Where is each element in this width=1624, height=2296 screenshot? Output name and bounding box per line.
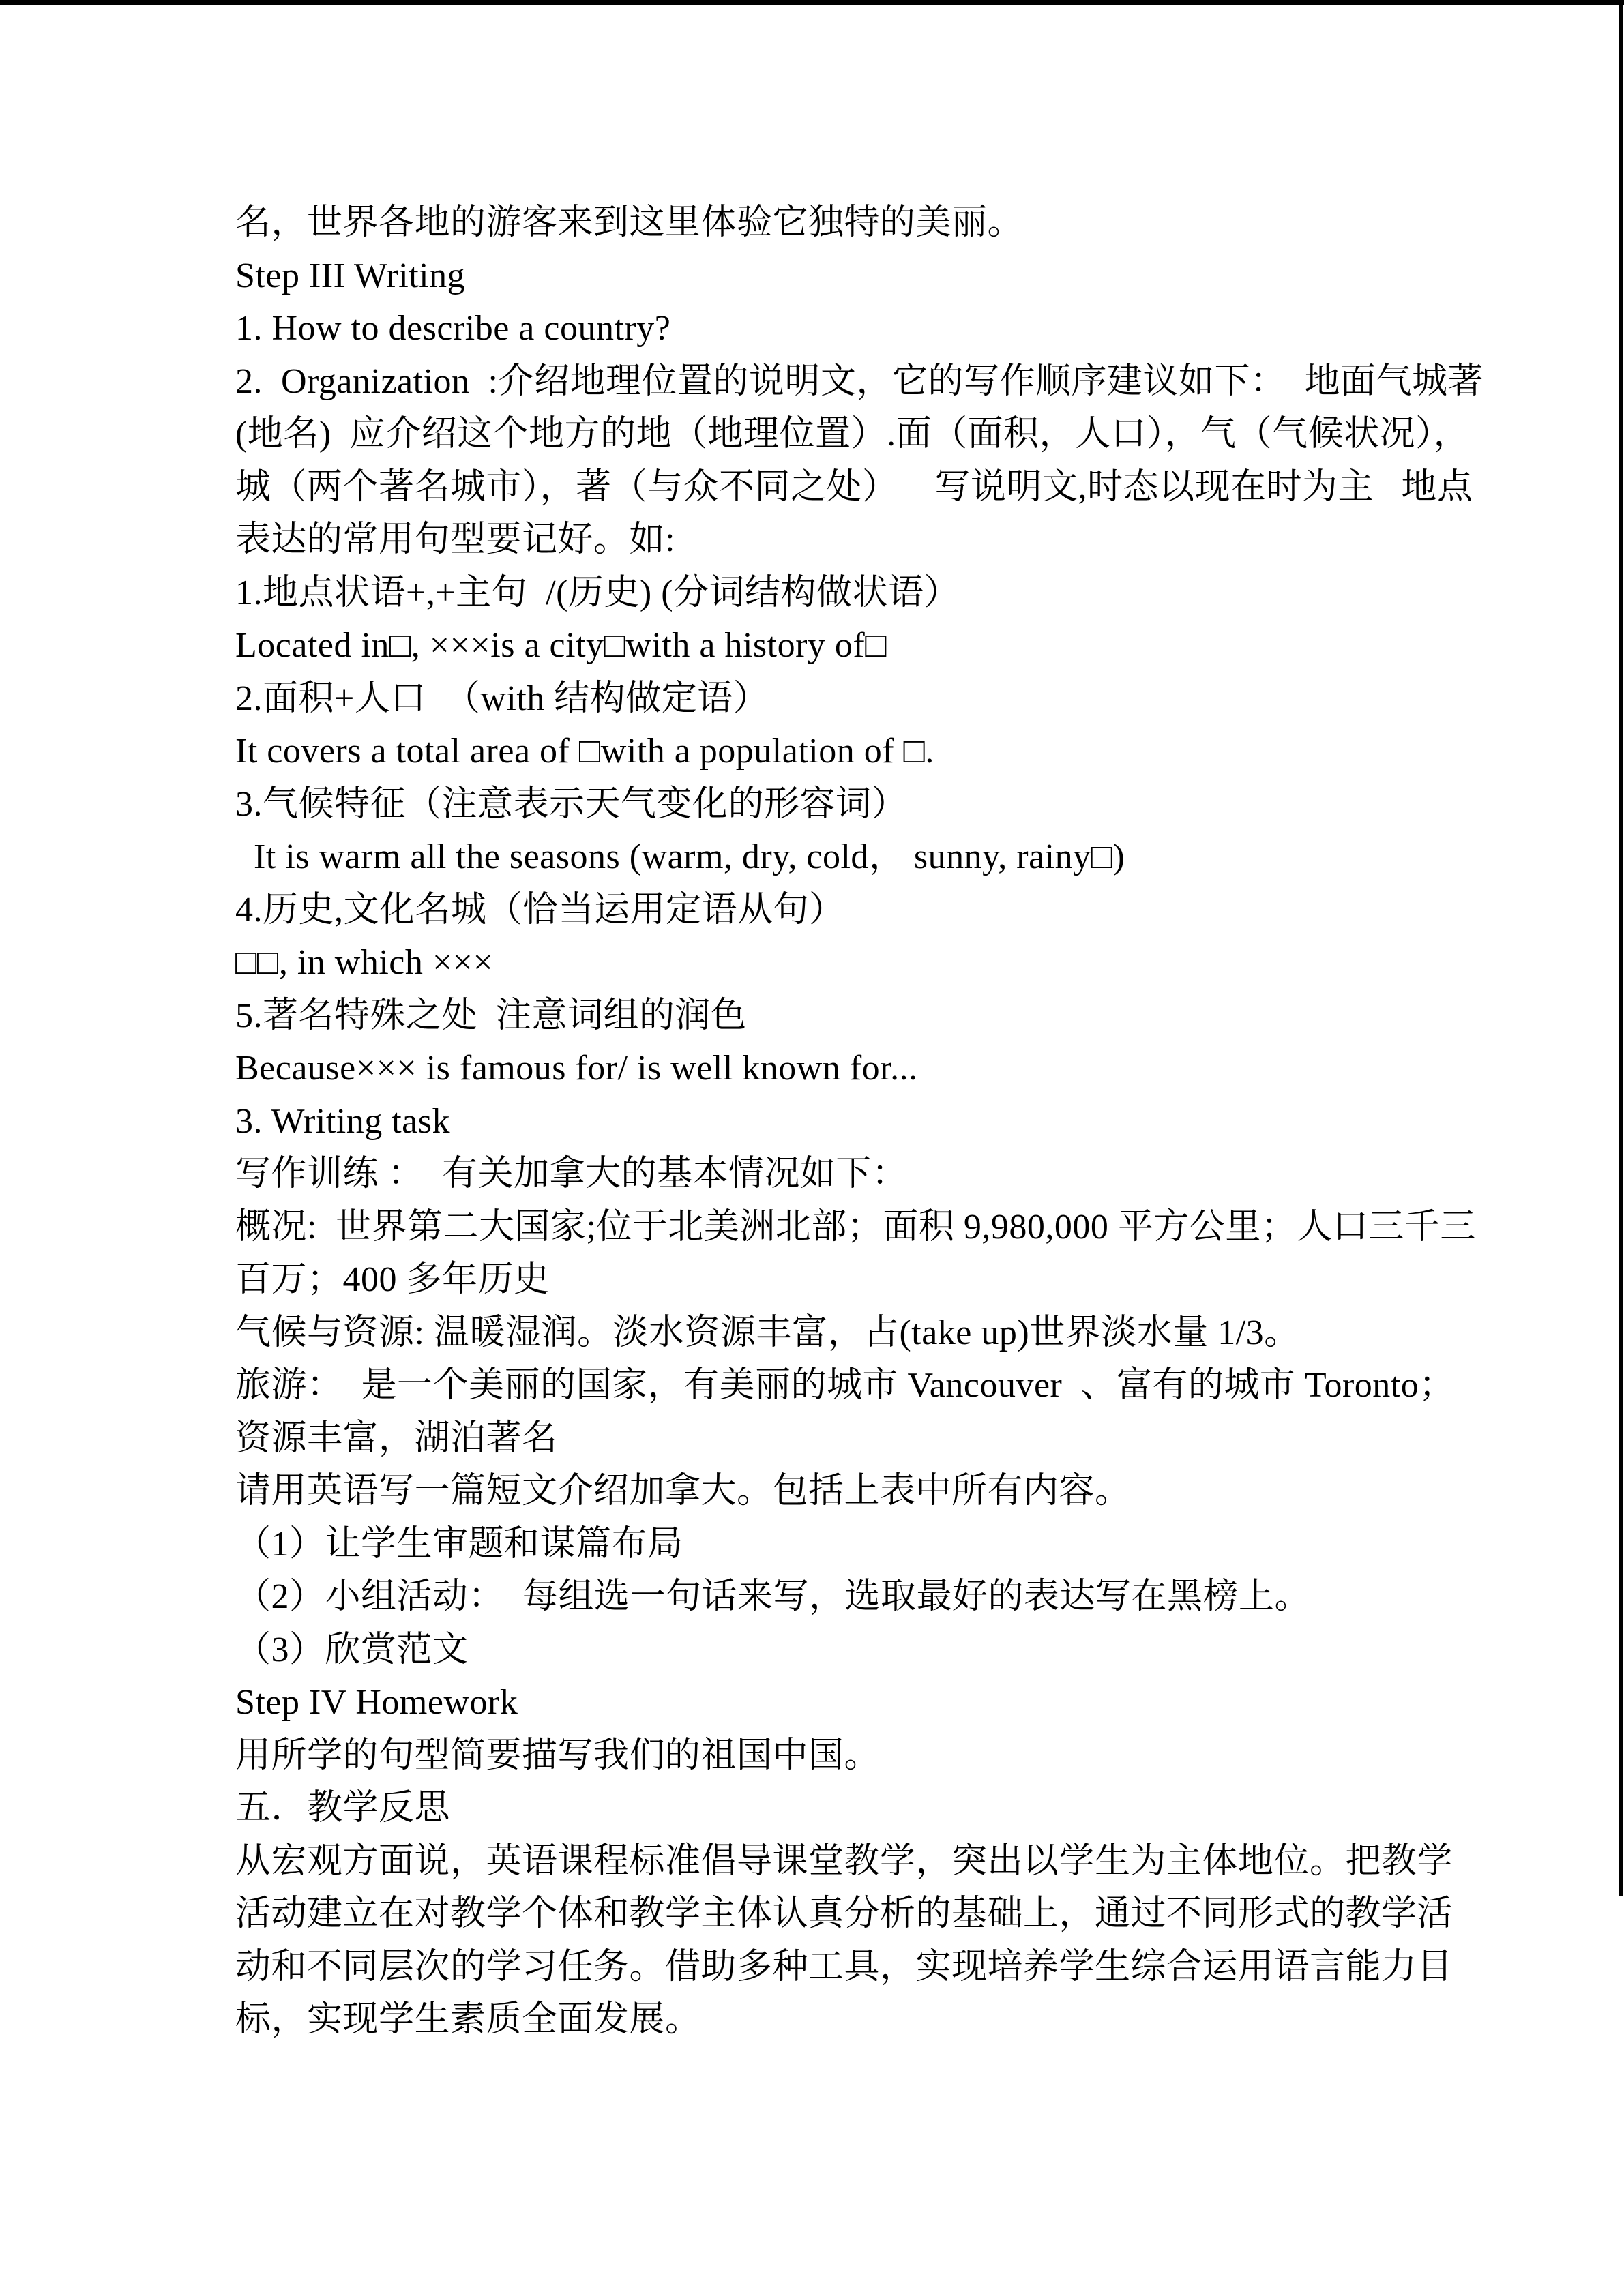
text-line: 1. How to describe a country? <box>235 302 1545 355</box>
text-line: □□, in which ××× <box>235 936 1545 989</box>
text-line: 写作训练 ： 有关加拿大的基本情况如下： <box>235 1148 1545 1201</box>
scan-top-border <box>0 0 1624 5</box>
text-line: Because××× is famous for/ is well known … <box>235 1042 1545 1095</box>
text-line: 名，世界各地的游客来到这里体验它独特的美丽。 <box>235 196 1545 250</box>
text-line: （2）小组活动： 每组选一句话来写，选取最好的表达写在黑榜上。 <box>235 1570 1545 1624</box>
text-line: 5.著名特殊之处 注意词组的润色 <box>235 989 1545 1043</box>
text-line: （3）欣赏范文 <box>235 1624 1545 1677</box>
text-line: 活动建立在对教学个体和教学主体认真分析的基础上，通过不同形式的教学活 <box>235 1888 1545 1941</box>
text-line: 动和不同层次的学习任务。借助多种工具，实现培养学生综合运用语言能力目 <box>235 1941 1545 1994</box>
text-line: 用所学的句型简要描写我们的祖国中国。 <box>235 1729 1545 1783</box>
text-line: 请用英语写一篇短文介绍加拿大。包括上表中所有内容。 <box>235 1465 1545 1518</box>
scan-right-border <box>1619 0 1623 1896</box>
text-line: 3. Writing task <box>235 1095 1545 1148</box>
text-line: （1）让学生审题和谋篇布局 <box>235 1518 1545 1571</box>
text-line: 概况: 世界第二大国家;位于北美洲北部；面积 9,980,000 平方公里；人口… <box>235 1201 1545 1254</box>
text-line: 五．教学反思 <box>235 1782 1545 1835</box>
text-line: Step III Writing <box>235 250 1545 303</box>
text-line: 百万；400 多年历史 <box>235 1253 1545 1307</box>
document-page: 名，世界各地的游客来到这里体验它独特的美丽。Step III Writing1.… <box>0 0 1624 2296</box>
text-line: 城（两个著名城市），著（与众不同之处） 写说明文,时态以现在时为主 地点 <box>235 461 1545 514</box>
text-line: 气候与资源: 温暖湿润。淡水资源丰富，占(take up)世界淡水量 1/3。 <box>235 1307 1545 1360</box>
text-line: 旅游： 是一个美丽的国家，有美丽的城市 Vancouver 、富有的城市 Tor… <box>235 1359 1545 1412</box>
text-line: 4.历史,文化名城（恰当运用定语从句） <box>235 884 1545 937</box>
text-line: 2.面积+人口 （with 结构做定语） <box>235 672 1545 726</box>
text-line: 标，实现学生素质全面发展。 <box>235 1993 1545 2046</box>
text-line: Located in□, ×××is a city□with a history… <box>235 619 1545 672</box>
text-line: 2. Organization :介绍地理位置的说明文，它的写作顺序建议如下： … <box>235 355 1545 408</box>
text-line: Step IV Homework <box>235 1676 1545 1729</box>
text-line: 表达的常用句型要记好。如: <box>235 513 1545 567</box>
text-line: 1.地点状语+,+主句 /(历史) (分词结构做状语） <box>235 567 1545 620</box>
text-line: It covers a total area of □with a popula… <box>235 725 1545 778</box>
text-line: 从宏观方面说，英语课程标准倡导课堂教学，突出以学生为主体地位。把教学 <box>235 1835 1545 1888</box>
text-line: (地名) 应介绍这个地方的地（地理位置）.面（面积，人口），气（气候状况）， <box>235 408 1545 461</box>
text-line: It is warm all the seasons (warm, dry, c… <box>235 831 1545 884</box>
document-text: 名，世界各地的游客来到这里体验它独特的美丽。Step III Writing1.… <box>235 196 1545 2046</box>
text-line: 3.气候特征（注意表示天气变化的形容词） <box>235 778 1545 831</box>
text-line: 资源丰富，湖泊著名 <box>235 1412 1545 1465</box>
